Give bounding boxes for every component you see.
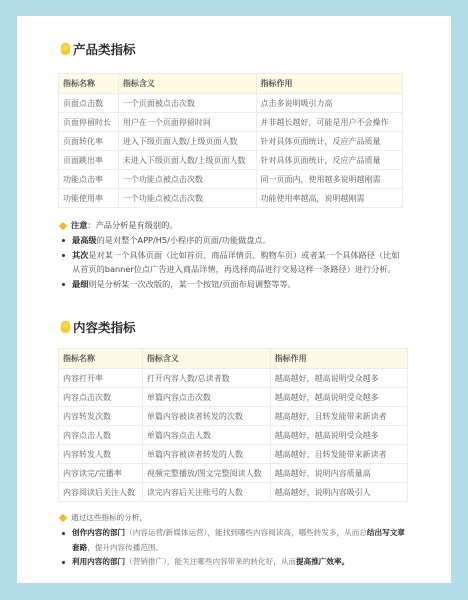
bullet-text: 的是对整个APP/H5/小程序的页面/功能做盘点。	[97, 235, 271, 245]
table-row: 功能使用率 一个功能点被点击次数 功能使用率越高，说明越刚需	[59, 189, 403, 208]
table-cell: 一个页面被点击次数	[118, 94, 256, 113]
bullet-bold: 最细	[72, 279, 88, 289]
product-bullet-list: 最高级的是对整个APP/H5/小程序的页面/功能做盘点。 其次是对某一个具体页面…	[58, 233, 406, 291]
product-note: 注意：产品分析是有级别的。	[58, 218, 177, 232]
table-cell: 越高越好，且转发能带来新读者	[270, 407, 407, 426]
table-cell: 功能点击率	[59, 170, 119, 189]
table-cell: 针对具体页面统计，反应产品质量	[256, 132, 402, 151]
table-cell: 内容阅读后关注人数	[59, 483, 143, 502]
table-cell: 页面点击数	[59, 94, 119, 113]
header-metric-name: 指标名称	[59, 74, 119, 94]
table-cell: 单篇内容点击次数	[142, 388, 270, 407]
bullet-text: 是对某一个具体页面（比如首页、商品详情页、购物车页）或者某一个具体路径（比如从首…	[72, 250, 400, 275]
table-row: 内容读完/完播率 视频完整播放/图文完整阅读人数 越高越好，说明内容质量高	[59, 464, 408, 483]
table-cell: 单篇内容点击人数	[142, 426, 270, 445]
table-cell: 未进入下级页面人数/上级页面人数	[118, 151, 256, 170]
table-cell: 一个功能点被点击次数	[118, 189, 256, 208]
note-text: ：产品分析是有级别的。	[87, 220, 177, 230]
table-row: 内容转发人数 单篇内容被读者转发的人数 越高越好，且转发能带来新读者	[59, 445, 408, 464]
table-cell: 并非越长越好，可能是用户不会操作	[256, 113, 402, 132]
table-cell: 功能使用率越高，说明越刚需	[256, 189, 402, 208]
table-row: 内容点击次数 单篇内容点击次数 越高越好，越高说明受众越多	[59, 388, 408, 407]
header-metric-purpose: 指标作用	[256, 74, 402, 94]
table-cell: 功能使用率	[59, 189, 119, 208]
table-cell: 越高越好，越高说明受众越多	[270, 426, 407, 445]
table-cell: 一个功能点被点击次数	[118, 170, 256, 189]
table-cell: 内容转发次数	[59, 407, 143, 426]
bullet-bold: 最高级	[72, 235, 97, 245]
table-cell: 单篇内容被读者转发的人数	[142, 445, 270, 464]
table-cell: 内容点击次数	[59, 388, 143, 407]
table-cell: 页面停留时长	[59, 113, 119, 132]
table-header-row: 指标名称 指标含义 指标作用	[59, 349, 408, 369]
table-cell: 用户在一个页面停留时间	[118, 113, 256, 132]
table-row: 页面跳出率 未进入下级页面人数/上级页面人数 针对具体页面统计，反应产品质量	[59, 151, 403, 170]
header-metric-name: 指标名称	[59, 349, 143, 369]
content-section-title-text: 内容类指标	[73, 318, 136, 336]
note-text: 通过这些指标的分析，	[71, 513, 147, 522]
content-bullet-list: 创作内容的部门（内容运营/新媒体运营），能找到哪些内容阅读高，哪些转发多，从而总…	[58, 526, 410, 570]
header-metric-meaning: 指标含义	[118, 74, 256, 94]
bullet-text: 则是分析某一次改版的，某一个按钮/页面布局调整等等。	[88, 279, 295, 289]
list-item: 利用内容的部门（营销推广），能关注哪些内容带来的转化好，从而提高推广效率。	[58, 555, 410, 570]
table-cell: 内容点击人数	[59, 426, 143, 445]
bullet-bold: 提高推广效率。	[296, 557, 349, 566]
bullet-text: ，提升内容传播范围。	[87, 543, 163, 552]
table-cell: 越高越好，且转发能带来新读者	[270, 445, 407, 464]
diamond-icon	[59, 514, 67, 522]
list-item: 最高级的是对整个APP/H5/小程序的页面/功能做盘点。	[58, 233, 406, 248]
header-metric-purpose: 指标作用	[270, 349, 407, 369]
list-item: 最细则是分析某一次改版的，某一个按钮/页面布局调整等等。	[58, 277, 406, 292]
table-cell: 打开内容人数/总读者数	[142, 369, 270, 388]
note-bold: 注意	[71, 220, 87, 230]
product-section-title-text: 产品类指标	[73, 40, 136, 58]
list-item: 其次是对某一个具体页面（比如首页、商品详情页、购物车页）或者某一个具体路径（比如…	[58, 248, 406, 277]
table-cell: 越高越好，说明内容质量高	[270, 464, 407, 483]
bullet-text: （营销推广），能关注哪些内容带来的转化好，从而	[125, 557, 296, 566]
header-metric-meaning: 指标含义	[142, 349, 270, 369]
table-row: 页面转化率 进入下级页面人数/上级页面人数 针对具体页面统计，反应产品质量	[59, 132, 403, 151]
table-cell: 越高越好，越高说明受众越多	[270, 388, 407, 407]
star-badge-icon	[61, 43, 70, 55]
table-row: 内容打开率 打开内容人数/总读者数 越高越好，越高说明受众越多	[59, 369, 408, 388]
table-cell: 越高越好，说明内容吸引人	[270, 483, 407, 502]
table-cell: 点击多说明吸引力高	[256, 94, 402, 113]
table-header-row: 指标名称 指标含义 指标作用	[59, 74, 403, 94]
table-row: 功能点击率 一个功能点被点击次数 同一页面内，使用越多说明越刚需	[59, 170, 403, 189]
star-badge-icon	[61, 321, 70, 333]
content-note: 通过这些指标的分析，	[58, 511, 147, 525]
table-row: 页面停留时长 用户在一个页面停留时间 并非越长越好，可能是用户不会操作	[59, 113, 403, 132]
bullet-bold: 其次	[72, 250, 88, 260]
table-cell: 内容打开率	[59, 369, 143, 388]
table-cell: 越高越好，越高说明受众越多	[270, 369, 407, 388]
table-cell: 读完内容后关注账号的人数	[142, 483, 270, 502]
table-row: 页面点击数 一个页面被点击次数 点击多说明吸引力高	[59, 94, 403, 113]
table-row: 内容转发次数 单篇内容被读者转发的次数 越高越好，且转发能带来新读者	[59, 407, 408, 426]
bullet-text: （内容运营/新媒体运营），能找到哪些内容阅读高，哪些转发多，从而总	[125, 528, 367, 537]
table-cell: 内容转发人数	[59, 445, 143, 464]
product-section-title: 产品类指标	[61, 40, 136, 58]
product-metrics-table: 指标名称 指标含义 指标作用 页面点击数 一个页面被点击次数 点击多说明吸引力高…	[58, 73, 403, 208]
list-item: 创作内容的部门（内容运营/新媒体运营），能找到哪些内容阅读高，哪些转发多，从而总…	[58, 526, 410, 555]
table-cell: 页面转化率	[59, 132, 119, 151]
content-metrics-table: 指标名称 指标含义 指标作用 内容打开率 打开内容人数/总读者数 越高越好，越高…	[58, 348, 408, 502]
content-section-title: 内容类指标	[61, 318, 136, 336]
table-row: 内容点击人数 单篇内容点击人数 越高越好，越高说明受众越多	[59, 426, 408, 445]
table-cell: 单篇内容被读者转发的次数	[142, 407, 270, 426]
table-cell: 同一页面内，使用越多说明越刚需	[256, 170, 402, 189]
table-row: 内容阅读后关注人数 读完内容后关注账号的人数 越高越好，说明内容吸引人	[59, 483, 408, 502]
table-cell: 针对具体页面统计，反应产品质量	[256, 151, 402, 170]
table-cell: 视频完整播放/图文完整阅读人数	[142, 464, 270, 483]
table-cell: 内容读完/完播率	[59, 464, 143, 483]
bullet-bold: 创作内容的部门	[72, 528, 125, 537]
table-cell: 进入下级页面人数/上级页面人数	[118, 132, 256, 151]
table-cell: 页面跳出率	[59, 151, 119, 170]
diamond-icon	[59, 221, 67, 229]
bullet-bold: 利用内容的部门	[72, 557, 125, 566]
